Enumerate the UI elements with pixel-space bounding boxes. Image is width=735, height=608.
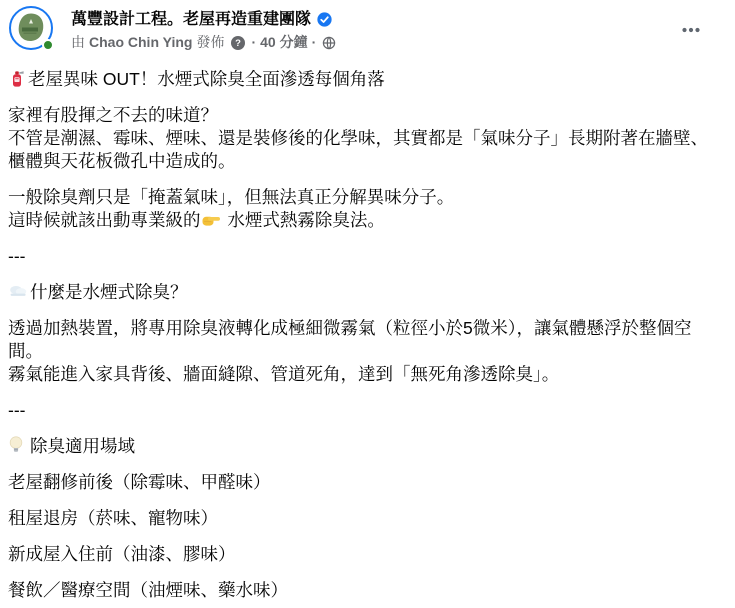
post-paragraph: 家裡有股揮之不去的味道？不管是潮濕、霉味、煙味、還是裝修後的化學味，其實都是「氣… [8, 104, 723, 173]
post-timestamp[interactable]: 40 分鐘 [260, 33, 307, 52]
post-paragraph: --- [8, 245, 723, 268]
post-text: --- [8, 246, 25, 266]
post-body: 老屋異味 OUT！水煙式除臭全面滲透每個角落家裡有股揮之不去的味道？不管是潮濕、… [0, 52, 735, 602]
active-status-dot [42, 39, 54, 51]
post-paragraph: 一般除臭劑只是「掩蓋氣味」，但無法真正分解異味分子。這時候就該出動專業級的 水煙… [8, 186, 723, 232]
post-paragraph: 餐飲／醫療空間（油煙味、藥水味） [8, 579, 723, 602]
globe-icon [322, 36, 336, 50]
post-text: 這時候就該出動專業級的 [8, 210, 201, 230]
post-text: 老屋翻修前後（除霉味、甲醛味） [8, 472, 271, 492]
post-text: 一般除臭劑只是「掩蓋氣味」，但無法真正分解異味分子。 [8, 187, 454, 207]
title-row: 萬豐設計工程。老屋再造重建團隊 [71, 9, 338, 30]
facebook-post-card: 萬豐設計工程。老屋再造重建團隊 由 Chao Chin Ying 發佈 ? [0, 0, 735, 608]
svg-text:?: ? [236, 38, 242, 49]
post-paragraph: 租屋退房（菸味、寵物味） [8, 507, 723, 530]
light-bulb-emoji [8, 435, 24, 455]
post-text: 新成屋入住前（油漆、膠味） [8, 544, 236, 564]
post-text: 租屋退房（菸味、寵物味） [8, 508, 218, 528]
verified-badge-icon [317, 12, 332, 27]
post-text: 家裡有股揮之不去的味道？ [8, 105, 218, 125]
pointing-right-emoji [201, 210, 221, 229]
post-text: 水煙式熱霧除臭法。 [223, 210, 385, 230]
post-text: 老屋異味 OUT！水煙式除臭全面滲透每個角落 [28, 69, 385, 89]
post-text: 不管是潮濕、霉味、煙味、還是裝修後的化學味，其實都是「氣味分子」長期附著在牆壁、… [8, 128, 708, 171]
published-label: 發佈 [196, 33, 224, 52]
post-text: 透過加熱裝置，將專用除臭液轉化成極細微霧氣（粒徑小於5微米），讓氣體懸浮於整個空… [8, 318, 691, 361]
byline-prefix: 由 [71, 33, 85, 52]
more-options-button[interactable] [677, 20, 705, 40]
author-link[interactable]: Chao Chin Ying [89, 33, 192, 52]
post-text: --- [8, 400, 25, 420]
page-name-link[interactable]: 萬豐設計工程。老屋再造重建團隊 [71, 9, 311, 30]
page-avatar[interactable] [9, 6, 53, 50]
post-paragraph: --- [8, 399, 723, 422]
byline-separator: · [312, 33, 317, 52]
post-paragraph: 什麼是水煙式除臭？ [8, 281, 723, 304]
post-text: 餐飲／醫療空間（油煙味、藥水味） [8, 580, 288, 600]
post-paragraph: 老屋異味 OUT！水煙式除臭全面滲透每個角落 [8, 68, 723, 91]
fog-emoji [8, 282, 28, 301]
post-text: 除臭適用場域 [30, 436, 135, 456]
header-text: 萬豐設計工程。老屋再造重建團隊 由 Chao Chin Ying 發佈 ? [71, 6, 338, 52]
post-paragraph: 新成屋入住前（油漆、膠味） [8, 543, 723, 566]
post-paragraph: 除臭適用場域 [8, 435, 723, 458]
byline-separator: · [251, 33, 256, 52]
byline: 由 Chao Chin Ying 發佈 ? · 40 分鐘 · [71, 33, 338, 52]
more-options-icon [680, 19, 702, 41]
question-circle-icon[interactable]: ? [231, 36, 245, 50]
post-text: 霧氣能進入家具背後、牆面縫隙、管道死角，達到「無死角滲透除臭」。 [8, 364, 559, 384]
fire-extinguisher-emoji [8, 69, 26, 88]
post-text: 什麼是水煙式除臭？ [30, 282, 188, 302]
post-paragraph: 老屋翻修前後（除霉味、甲醛味） [8, 471, 723, 494]
post-header: 萬豐設計工程。老屋再造重建團隊 由 Chao Chin Ying 發佈 ? [0, 0, 735, 52]
post-paragraph: 透過加熱裝置，將專用除臭液轉化成極細微霧氣（粒徑小於5微米），讓氣體懸浮於整個空… [8, 317, 723, 386]
